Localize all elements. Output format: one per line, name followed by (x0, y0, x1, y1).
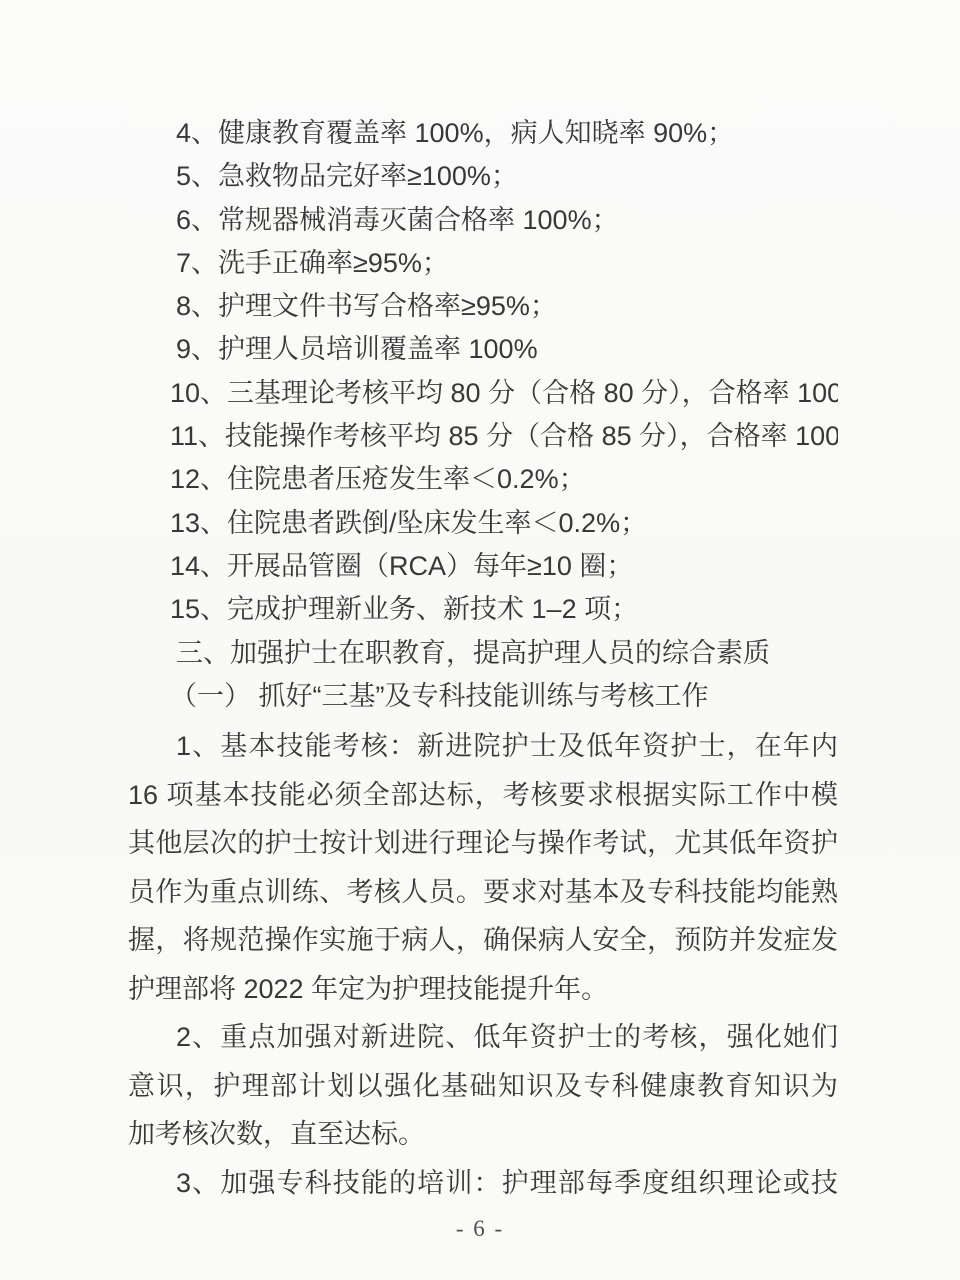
kpi-item-15: 15、完成护理新业务、新技术 1–2 项； (128, 588, 838, 631)
kpi-item-14: 14、开展品管圈（RCA）每年≥10 圈； (128, 545, 838, 588)
subsection-heading: （一） 抓好“三基”及专科技能训练与考核工作 (128, 675, 838, 718)
kpi-item-10: 10、三基理论考核平均 80 分（合格 80 分），合格率 100%； (128, 372, 838, 415)
kpi-item-4: 4、健康教育覆盖率 100%，病人知晓率 90%； (128, 112, 838, 155)
kpi-item-12: 12、住院患者压疮发生率＜0.2%； (128, 458, 838, 501)
page-number: - 6 - (0, 1216, 960, 1242)
section-heading: 三、加强护士在职教育，提高护理人员的综合素质 (128, 632, 838, 675)
kpi-item-9: 9、护理人员培训覆盖率 100% (128, 328, 838, 371)
paragraph-1-line: 16 项基本技能必须全部达标，考核要求根据实际工作中模拟抽考。 (128, 771, 838, 820)
kpi-item-5: 5、急救物品完好率≥100%； (128, 155, 838, 198)
paragraph-2-line: 意识，护理部计划以强化基础知识及专科健康教育知识为主，增 (128, 1062, 838, 1111)
kpi-item-6: 6、常规器械消毒灭菌合格率 100%； (128, 199, 838, 242)
paragraph-1-line: 其他层次的护士按计划进行理论与操作考试，尤其低年资护理人 (128, 819, 838, 868)
paragraph-1-line: 握，将规范操作实施于病人，确保病人安全，预防并发症发生。 (128, 916, 838, 965)
paragraph-2-line: 加考核次数，直至达标。 (128, 1110, 838, 1159)
kpi-item-7: 7、洗手正确率≥95%； (128, 242, 838, 285)
document-page: 4、健康教育覆盖率 100%，病人知晓率 90%； 5、急救物品完好率≥100%… (0, 0, 960, 1280)
paragraph-1-line: 员作为重点训练、考核人员。要求对基本及专科技能均能熟练掌 (128, 868, 838, 917)
paragraph-2-line: 2、重点加强对新进院、低年资护士的考核，强化她们的学习 (128, 1013, 838, 1062)
kpi-item-11: 11、技能操作考核平均 85 分（合格 85 分），合格率 100%； (128, 415, 838, 458)
document-content: 4、健康教育覆盖率 100%，病人知晓率 90%； 5、急救物品完好率≥100%… (128, 112, 838, 1207)
paragraph-3-line: 3、加强专科技能的培训：护理部每季度组织理论或技能操作 (128, 1159, 838, 1208)
kpi-item-8: 8、护理文件书写合格率≥95%； (128, 285, 838, 328)
kpi-item-13: 13、住院患者跌倒/坠床发生率＜0.2%； (128, 502, 838, 545)
paragraph-1-line: 1、基本技能考核：新进院护士及低年资护士，在年内对常用 (128, 722, 838, 771)
paragraph-1-line: 护理部将 2022 年定为护理技能提升年。 (128, 965, 838, 1014)
kpi-list: 4、健康教育覆盖率 100%，病人知晓率 90%； 5、急救物品完好率≥100%… (128, 112, 838, 632)
body-paragraphs: 1、基本技能考核：新进院护士及低年资护士，在年内对常用 16 项基本技能必须全部… (128, 722, 838, 1207)
